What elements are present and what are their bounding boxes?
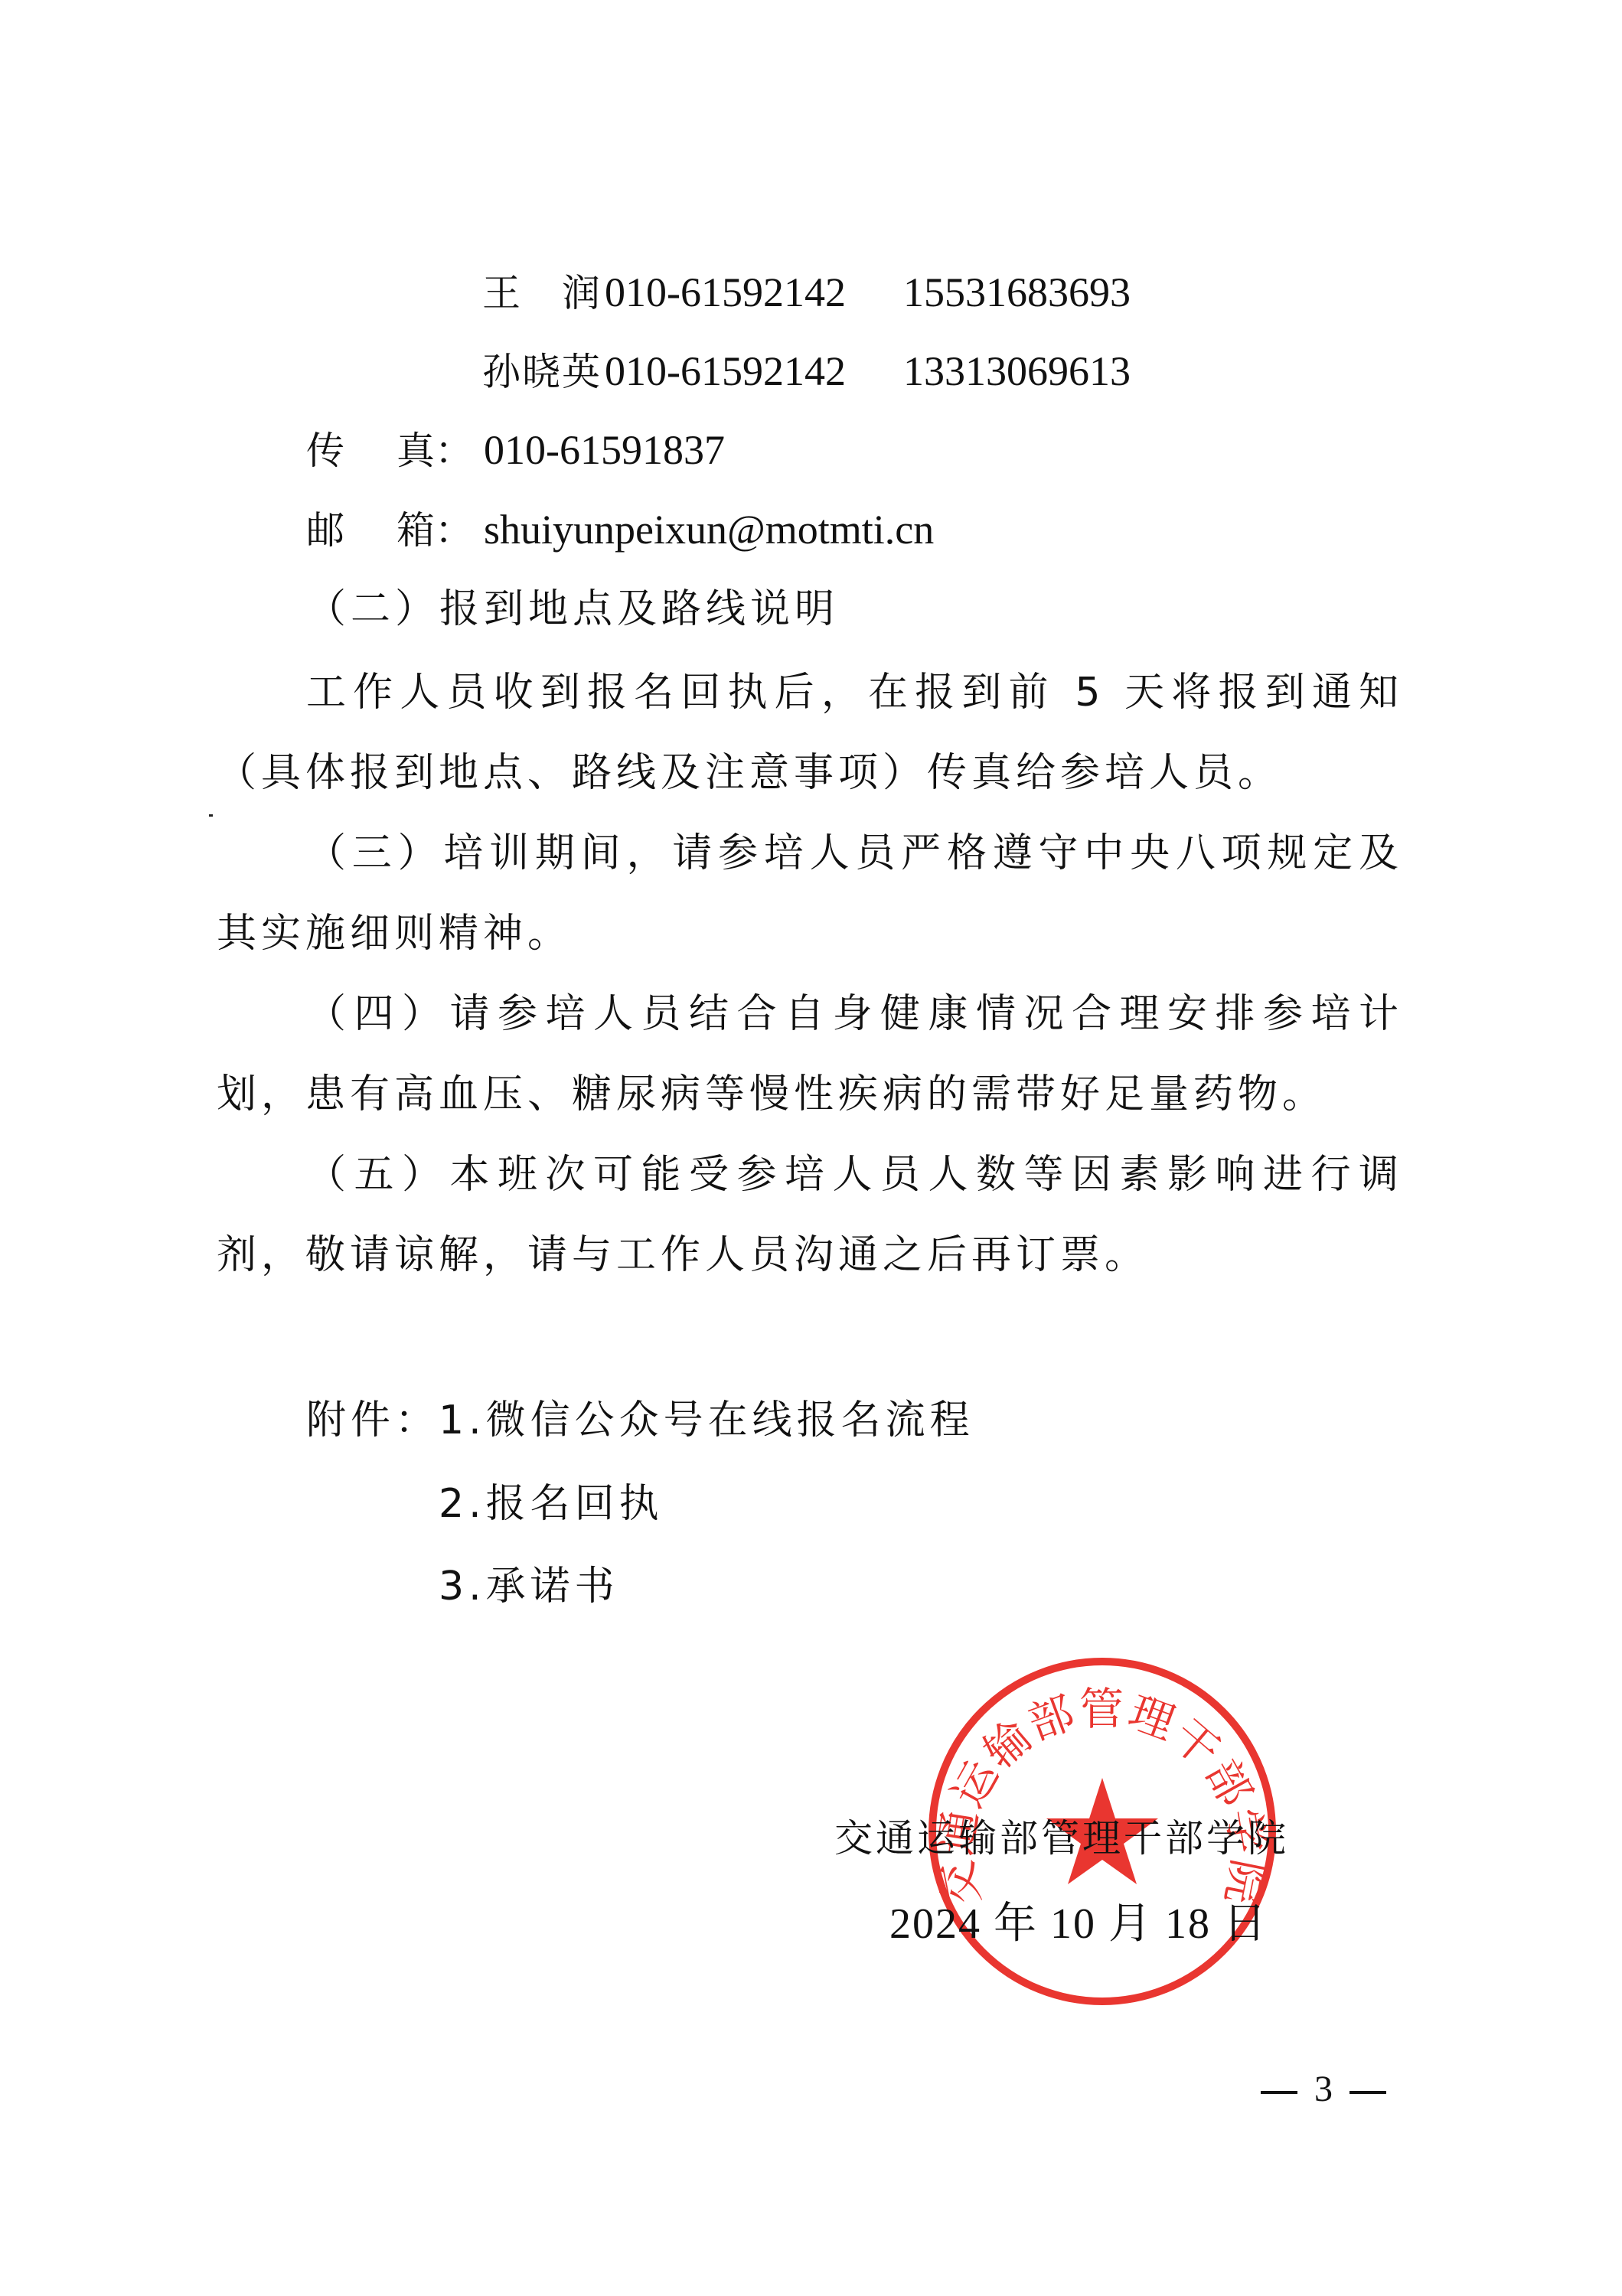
contact-phone: 010-61592142 bbox=[605, 348, 903, 394]
contact-mobile: 15531683693 bbox=[903, 269, 1131, 315]
paragraph-section-4: （四）请参培人员结合自身健康情况合理安排参培计划，患有高血压、糖尿病等慢性疾病的… bbox=[217, 974, 1403, 1135]
contact-phone: 010-61592142 bbox=[605, 269, 903, 315]
email-label-2: 箱： bbox=[397, 507, 473, 553]
scan-speck bbox=[209, 814, 213, 817]
signing-date: 2024 年 10 月 18 日 bbox=[889, 1901, 1268, 1947]
contact-row: 孙晓英010-6159214213313069613 bbox=[482, 348, 1131, 395]
email-address[interactable]: shuiyunpeixun@motmti.cn bbox=[484, 507, 934, 553]
fax-label-1: 传 bbox=[306, 428, 397, 474]
contact-mobile: 13313069613 bbox=[903, 348, 1131, 394]
fax-number: 010-61591837 bbox=[484, 427, 725, 473]
paragraph-section-5: （五）本班次可能受参培人员人数等因素影响进行调剂，敬请谅解，请与工作人员沟通之后… bbox=[217, 1135, 1403, 1296]
fax-row: 传真： 010-61591837 bbox=[306, 427, 725, 474]
contact-row: 王 润010-6159214215531683693 bbox=[482, 269, 1131, 316]
signing-organization: 交通运输部管理干部学院 bbox=[834, 1815, 1289, 1861]
attachments-label: 附件： bbox=[306, 1397, 439, 1443]
paragraph-registration-notice: 工作人员收到报名回执后，在报到前 5 天将报到通知（具体报到地点、路线及注意事项… bbox=[217, 653, 1403, 814]
email-label-1: 邮 bbox=[306, 507, 397, 553]
dash-right bbox=[1349, 2091, 1386, 2094]
attachment-item-1: 1.微信公众号在线报名流程 bbox=[439, 1397, 974, 1443]
dash-left bbox=[1261, 2091, 1297, 2094]
page-number-value: 3 bbox=[1314, 2069, 1333, 2109]
section-heading: （二）报到地点及路线说明 bbox=[306, 586, 839, 632]
fax-label-2: 真： bbox=[397, 428, 473, 474]
paragraph-section-3: （三）培训期间，请参培人员严格遵守中央八项规定及其实施细则精神。 bbox=[217, 814, 1403, 974]
email-row: 邮箱： shuiyunpeixun@motmti.cn bbox=[306, 507, 934, 553]
attachment-item-2: 2.报名回执 bbox=[439, 1481, 664, 1527]
contact-name: 孙晓英 bbox=[482, 349, 605, 395]
page-number: 3 bbox=[1244, 2066, 1403, 2112]
document-page: 王 润010-6159214215531683693 孙晓英010-615921… bbox=[0, 0, 1622, 2296]
contact-name: 王 润 bbox=[482, 270, 605, 316]
attachment-item-3: 3.承诺书 bbox=[439, 1564, 619, 1609]
